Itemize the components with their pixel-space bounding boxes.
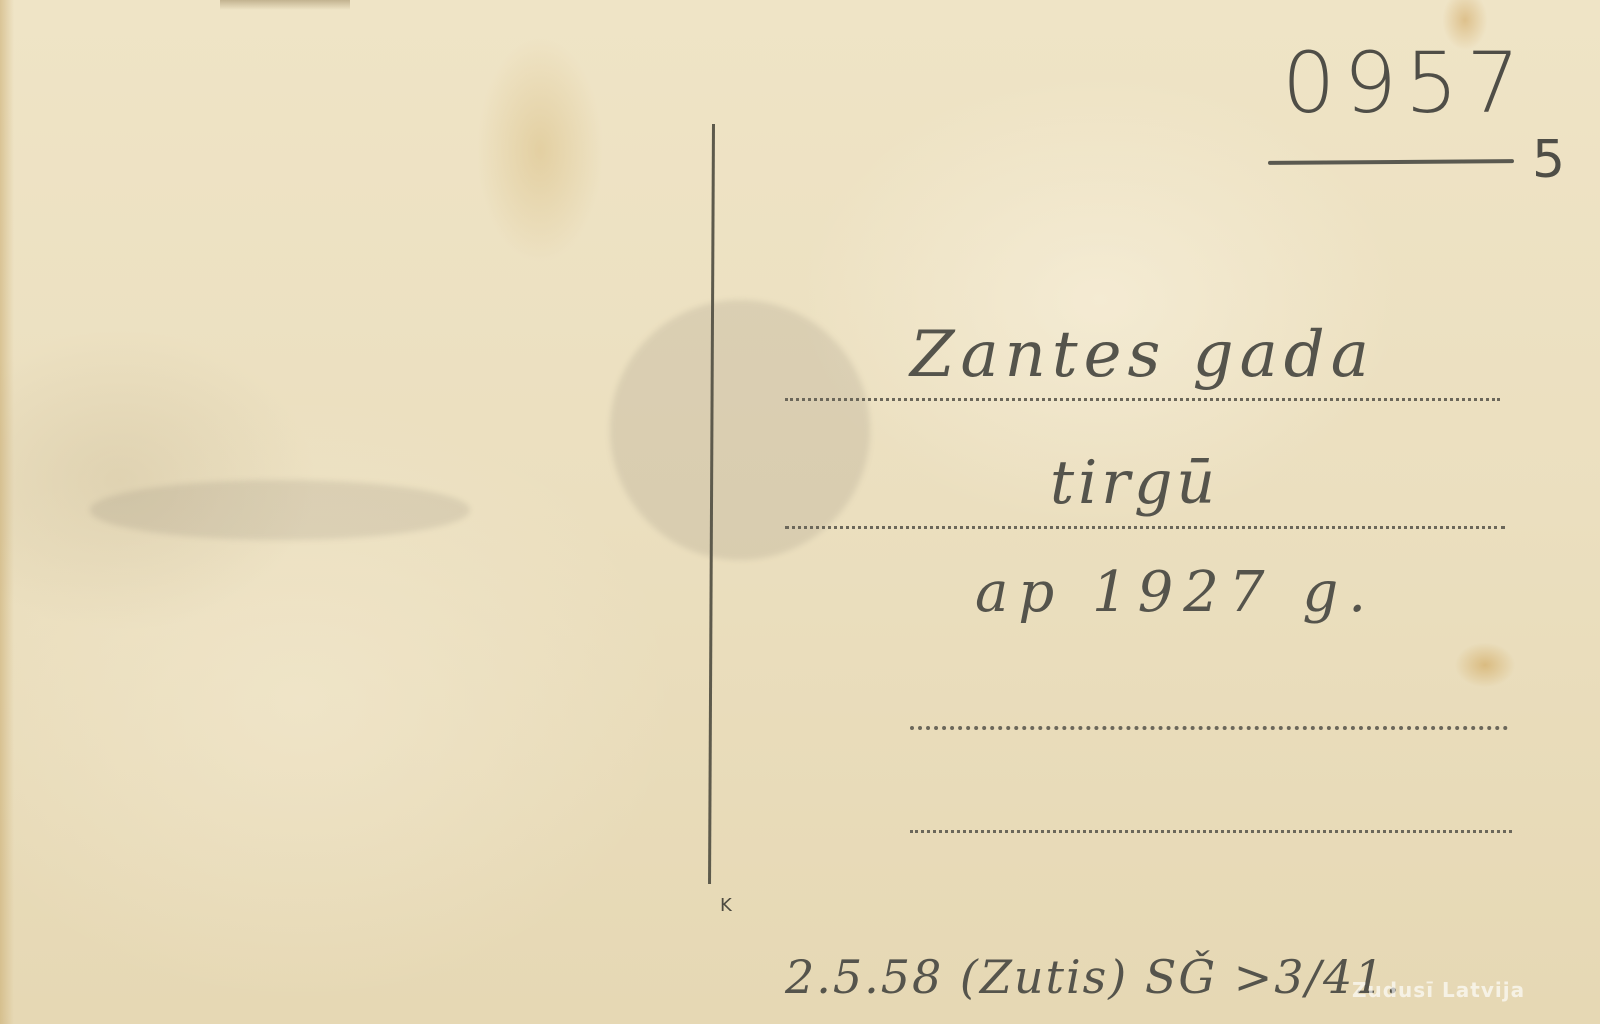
watermark: Zudusī Latvija (1352, 978, 1525, 1002)
paper-edge-stain (0, 0, 14, 1024)
paper-top-mark (220, 0, 350, 10)
address-line-3 (910, 726, 1508, 730)
handwritten-caption-line-3: ap 1927 g. (975, 560, 1376, 625)
catalog-number-underline (1268, 159, 1514, 165)
printer-mark: K (720, 895, 732, 916)
handwritten-caption-line-2: tirgū (1050, 448, 1219, 518)
address-line-4 (910, 830, 1512, 833)
address-line-1 (785, 398, 1500, 401)
handwritten-caption-line-1: Zantes gada (910, 318, 1375, 392)
catalog-number: 0957 (1282, 34, 1528, 132)
archive-annotation: 2.5.58 (Zutis) SǦ >3/41. (785, 950, 1402, 1004)
postcard-back: K 0957 5 Zantes gada tirgū ap 1927 g. 2.… (0, 0, 1600, 1024)
postmark-ghost (610, 300, 870, 560)
address-line-2 (785, 526, 1505, 529)
ink-offset-smudge (90, 480, 470, 540)
catalog-subnumber: 5 (1532, 130, 1565, 190)
